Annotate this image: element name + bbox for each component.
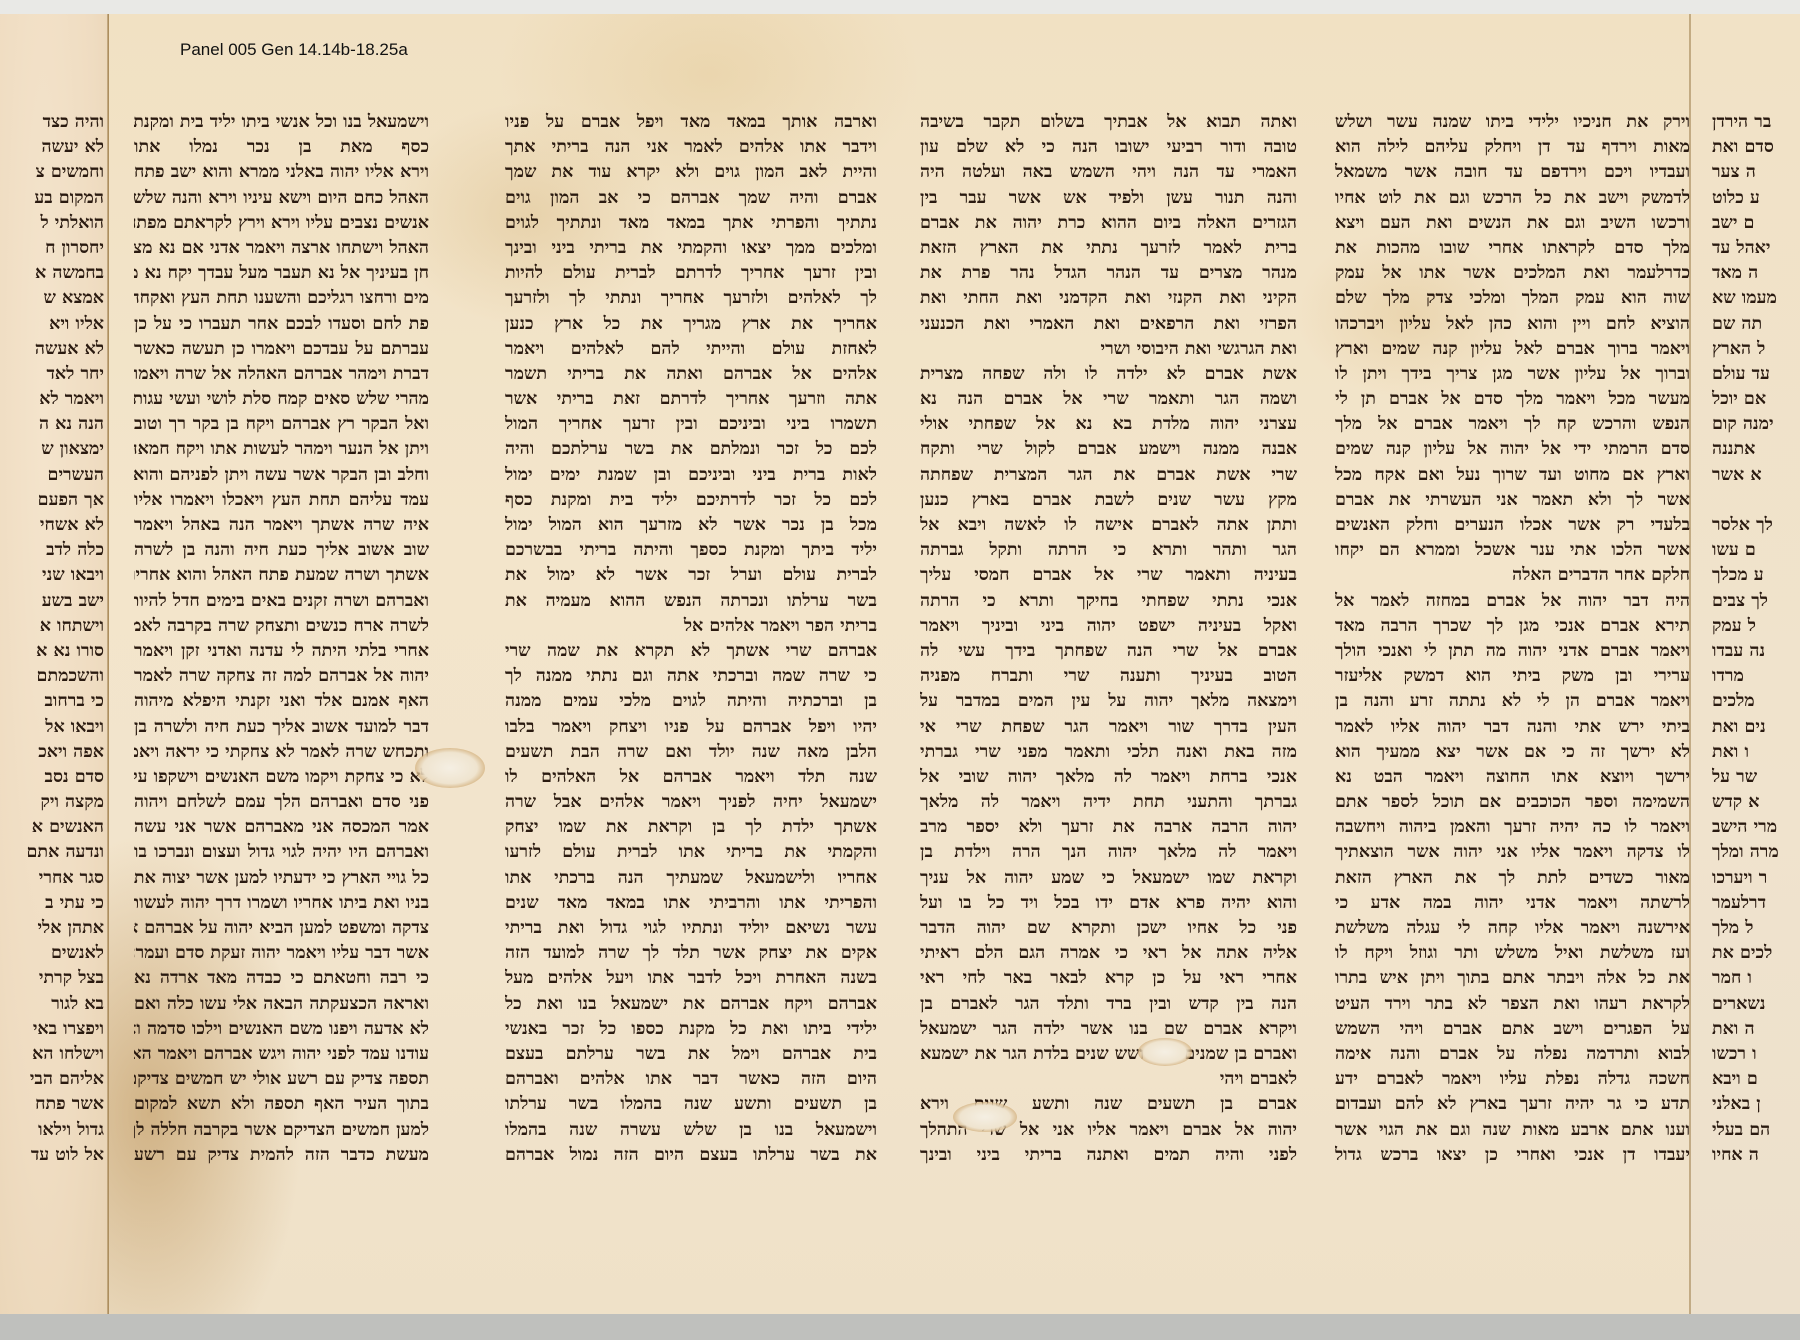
- scroll-line: וישמעאל בנו וכל אנשי ביתו יליד בית ומקנת: [134, 110, 429, 135]
- scroll-line: ישמעאל יחיה לפניך ויאמר אלהים אבל שרה: [505, 790, 877, 815]
- scroll-line: דרלעמר: [1712, 891, 1800, 916]
- scroll-line: אירשנה ויאמר אליו קחה לי עגלה משלשת: [1335, 916, 1690, 941]
- scroll-line: דברת וימהר אברהם האהלה אל שרה ויאמר: [134, 362, 429, 387]
- scroll-line: בר הירדן: [1712, 110, 1800, 135]
- scroll-line: ימצאון ש: [0, 437, 104, 462]
- scroll-line: יחר לאד: [0, 362, 104, 387]
- scroll-line: עודנו עמד לפני יהוה ויגש אברהם ויאמר האף: [134, 1042, 429, 1067]
- scroll-line: אתהן אלי: [0, 916, 104, 941]
- scroll-line: סדם ואת: [1712, 135, 1800, 160]
- scroll-line: ויאמר אברם אדני יהוה מה תתן לי ואנכי הול…: [1335, 639, 1690, 664]
- scroll-line: אתה וזרעך אחריך לדרתם זאת בריתי אשר: [505, 387, 877, 412]
- scroll-line: לא כי צחקת ויקמו משם האנשים וישקפו על: [134, 765, 429, 790]
- scroll-line: לא יעשה: [0, 135, 104, 160]
- scroll-line: בית אברהם וימל את בשר ערלתם בעצם: [505, 1042, 877, 1067]
- scroll-line: והוא יהיה פרא אדם ידו בכל ויד כל בו ועל: [920, 891, 1297, 916]
- scroll-line: איה שרה אשתך ויאמר הנה באהל ויאמר: [134, 513, 429, 538]
- scroll-line: ותתן אתה לאברם אישה לו לאשה ויבא אל: [920, 513, 1297, 538]
- scroll-line: ן באלני: [1712, 1092, 1800, 1117]
- scroll-line: האהל וישתחו ארצה ויאמר אדני אם נא מצאתי: [134, 236, 429, 261]
- scroll-line: סדם נסב: [0, 765, 104, 790]
- text-column-3: ואתה תבוא אל אבתיך בשלום תקבר בשיבהטובה …: [920, 110, 1297, 1168]
- scroll-line: לברית עולם וערל זכר אשר לא ימול את: [505, 563, 877, 588]
- scroll-line: ו חמר: [1712, 966, 1800, 991]
- scroll-line: ה אחיו: [1712, 1143, 1800, 1168]
- scroll-line: כדרלעמר ואת המלכים אשר אתו אל עמק: [1335, 261, 1690, 286]
- scroll-line: כל גויי הארץ כי ידעתיו למען אשר יצוה את: [134, 866, 429, 891]
- scroll-line: למען חמשים הצדיקם אשר בקרבה חללה לך: [134, 1118, 429, 1143]
- scroll-line: מקץ עשר שנים לשבת אברם בארץ כנען: [920, 488, 1297, 513]
- scroll-line: נשארים: [1712, 992, 1800, 1017]
- scroll-line: לקראת רעהו ואת הצפר לא בתר וירד העיט: [1335, 992, 1690, 1017]
- scroll-line: לך לאלהים ולזרעך אחריך ונתתי לך ולזרעך: [505, 286, 877, 311]
- scroll-line: נה עבדו: [1712, 639, 1800, 664]
- scroll-line: שנה תלד ויאמר אברהם אל האלהים לו: [505, 765, 877, 790]
- scroll-line: השמימה וספר הכוכבים אם תוכל לספר אתם: [1335, 790, 1690, 815]
- scroll-line: טובה ודור רביעי ישובו הנה כי לא שלם עון: [920, 135, 1297, 160]
- scroll-line: לו צדקה ויאמר אליו אני יהוה אשר הוצאתיך: [1335, 840, 1690, 865]
- scroll-line: ויקרא אברם שם בנו אשר ילדה הגר ישמעאל: [920, 1017, 1297, 1042]
- parchment-stain: [415, 748, 485, 788]
- scroll-line: אם יוכל: [1712, 387, 1800, 412]
- scroll-line: היה דבר יהוה אל אברם במחזה לאמר אל: [1335, 589, 1690, 614]
- scroll-line: לא אשחי: [0, 513, 104, 538]
- scroll-line: ל הארץ: [1712, 337, 1800, 362]
- scroll-line: את כל אלה ויבתר אתם בתוך ויתן איש בתרו: [1335, 966, 1690, 991]
- scroll-line: ואתה תבוא אל אבתיך בשלום תקבר בשיבה: [920, 110, 1297, 135]
- scroll-line: הגזרים האלה ביום ההוא כרת יהוה את אברם: [920, 211, 1297, 236]
- scroll-line: ואל הבקר רץ אברהם ויקח בן בקר רך וטוב: [134, 412, 429, 437]
- scroll-line: וירק את חניכיו ילידי ביתו שמנה עשר ושלש: [1335, 110, 1690, 135]
- scroll-line: ה מאד: [1712, 261, 1800, 286]
- scroll-line: הוציא לחם ויין והוא כהן לאל עליון ויברכה…: [1335, 312, 1690, 337]
- scroll-line: יהוה הרבה ארבה את זרעך ולא יספר מרב: [920, 815, 1297, 840]
- scroll-line: אלהים אל אברהם ואתה את בריתי תשמר: [505, 362, 877, 387]
- scroll-line: אברהם שרי אשתך לא תקרא את שמה שרי: [505, 639, 877, 664]
- scroll-line: אשר לך ולא תאמר אני העשרתי את אברם: [1335, 488, 1690, 513]
- scroll-line: מזה באת ואנה תלכי ותאמר מפני שרי גברתי: [920, 740, 1297, 765]
- scroll-line: עד עולם: [1712, 362, 1800, 387]
- scroll-line: עמד עליהם תחת העץ ויאכלו ויאמרו אליו: [134, 488, 429, 513]
- scroll-line: לא אעשה: [0, 337, 104, 362]
- scroll-line: יהיו ויפל אברהם על פניו ויצחק ויאמר בלבו: [505, 715, 877, 740]
- scroll-line: בשנה האחרת ויכל לדבר אתו ויעל אלהים מעל: [505, 966, 877, 991]
- scroll-line: ואברהם היו יהיה לגוי גדול ועצום ונברכו ב…: [134, 840, 429, 865]
- scroll-line: מרדו: [1712, 664, 1800, 689]
- scroll-line: לאברם ויהי: [920, 1067, 1297, 1092]
- scroll-line: האמרי עד הנה ויהי השמש באה ועלטה היה: [920, 160, 1297, 185]
- scroll-line: עשר נשיאם יוליד ונתתיו לגוי גדול ואת ברי…: [505, 916, 877, 941]
- scroll-line: סורו נא א: [0, 639, 104, 664]
- scroll-line: גדול וילאו: [0, 1118, 104, 1143]
- scroll-line: בן תשעים ותשע שנה בהמלו בשר ערלתו: [505, 1092, 877, 1117]
- scroll-line: חן בעיניך אל נא תעבר מעל עבדך יקח נא מעט: [134, 261, 429, 286]
- sheet-seam-left: [107, 14, 109, 1314]
- scroll-line: ואברם בן שמנים שנה ושש שנים בלדת הגר את …: [920, 1042, 1297, 1067]
- scroll-line: לאות ברית ביני וביניכם ובן שמנת ימים ימו…: [505, 463, 877, 488]
- scroll-line: מאור כשדים לתת לך את הארץ הזאת: [1335, 866, 1690, 891]
- scroll-line: בניו ואת ביתו אחריו ושמרו דרך יהוה לעשות: [134, 891, 429, 916]
- scroll-line: ועבדיו ויכם וירדפם עד חובה אשר משמאל: [1335, 160, 1690, 185]
- scroll-line: וישמעאל בנו בן שלש עשרה שנה בהמלו: [505, 1118, 877, 1143]
- scroll-line: א קדש: [1712, 790, 1800, 815]
- scroll-line: עצרני יהוה מלדת בא נא אל שפחתי אולי: [920, 412, 1297, 437]
- scroll-line: הנה נא ה: [0, 412, 104, 437]
- scroll-line: ויאמר ברוך אברם לאל עליון קנה שמים וארץ: [1335, 337, 1690, 362]
- scroll-line: והפריתי אתו והרביתי אתו במאד מאד שנים: [505, 891, 877, 916]
- scroll-line: הנפש והרכש קח לך ויאמר אברם אל מלך: [1335, 412, 1690, 437]
- scroll-line: ע מכלך: [1712, 563, 1800, 588]
- text-column-4: וירק את חניכיו ילידי ביתו שמנה עשר ושלשמ…: [1335, 110, 1690, 1168]
- scroll-line: וישתחו א: [0, 614, 104, 639]
- scroll-line: אברם והיה שמך אברהם כי אב המון גוים: [505, 186, 877, 211]
- scroll-line: סגר אחרי: [0, 866, 104, 891]
- scroll-line: א אשר: [1712, 463, 1800, 488]
- scroll-line: כי ברחוב: [0, 689, 104, 714]
- scroll-line: לא אדעה ויפנו משם האנשים וילכו סדמה ואבר…: [134, 1017, 429, 1042]
- scroll-line: הפרזי ואת הרפאים ואת האמרי ואת הכנעני: [920, 312, 1297, 337]
- scroll-line: ו ואת: [1712, 740, 1800, 765]
- scroll-line: אפה ויאכ: [0, 740, 104, 765]
- scroll-line: אנכי נתתי שפחתי בחיקך ותרא כי הרתה: [920, 589, 1297, 614]
- scroll-line: ויאמר לו כה יהיה זרעך והאמן ביהוה ויחשבה: [1335, 815, 1690, 840]
- scroll-line: אחריו ולישמעאל שמעתיך הנה ברכתי אתו: [505, 866, 877, 891]
- scroll-line: ל עמק: [1712, 614, 1800, 639]
- text-column-left-partial: והיה כצדלא יעשהוחמשים צהמקום בעהואלתי לי…: [0, 110, 104, 1168]
- scroll-line: עברתם על עבדכם ויאמרו כן תעשה כאשר: [134, 337, 429, 362]
- scroll-line: אליהם הבי: [0, 1067, 104, 1092]
- scroll-line: לאנשים: [0, 941, 104, 966]
- scroll-line: מרה ומלך: [1712, 840, 1800, 865]
- scroll-line: ויאמר לא: [0, 387, 104, 412]
- text-column-right-partial: בר הירדןסדם ואתה צערע כלוטם ישביאהל עדה …: [1712, 110, 1800, 1168]
- scroll-line: העשרים: [0, 463, 104, 488]
- scroll-line: ע כלוט: [1712, 186, 1800, 211]
- scroll-line: ר ויערכו: [1712, 866, 1800, 891]
- scroll-line: ויפצרו באי: [0, 1017, 104, 1042]
- scroll-line: נתתיך והפרתי אתך במאד מאד ונתתיך לגוים: [505, 211, 877, 236]
- scroll-line: ה צער: [1712, 160, 1800, 185]
- scroll-line: כי רבה וחטאתם כי כבדה מאד ארדה נא: [134, 966, 429, 991]
- scroll-line: אליו ויא: [0, 312, 104, 337]
- scroll-line: ם עשו: [1712, 538, 1800, 563]
- scroll-line: כלה לדב: [0, 538, 104, 563]
- scroll-line: הנה בין קדש ובין ברד ותלד הגר לאברם בן: [920, 992, 1297, 1017]
- scroll-line: לדמשק וישב את כל הרכש וגם את לוט אחיו: [1335, 186, 1690, 211]
- scroll-line: ואקל בעיניה ישפט יהוה ביני וביניך ויאמר: [920, 614, 1297, 639]
- scroll-line: האנשים א: [0, 815, 104, 840]
- scroll-line: ירשך ויוצא אתו החוצה ויאמר הבט נא: [1335, 765, 1690, 790]
- scroll-line: ערירי ובן משק ביתי הוא דמשק אליעזר: [1335, 664, 1690, 689]
- scroll-line: לשרה ארח כנשים ותצחק שרה בקרבה לאמר: [134, 614, 429, 639]
- scroll-line: ואברהם ושרה זקנים באים בימים חדל להיות: [134, 589, 429, 614]
- scroll-line: הלבן מאה שנה יולד ואם שרה הבת תשעים: [505, 740, 877, 765]
- panel-label: Panel 005 Gen 14.14b-18.25a: [180, 40, 408, 60]
- scroll-line: לרשתה ויאמר אדני יהוה במה אדע כי: [1335, 891, 1690, 916]
- scroll-line: אליה אתה אל ראי כי אמרה הגם הלם ראיתי: [920, 941, 1297, 966]
- scroll-line: ם ויבא: [1712, 1067, 1800, 1092]
- scroll-line: מים ורחצו רגליכם והשענו תחת העץ ואקחה: [134, 286, 429, 311]
- scroll-line: ל מלך: [1712, 916, 1800, 941]
- background-bottom: [0, 1314, 1800, 1340]
- scroll-line: לך אלסר: [1712, 513, 1800, 538]
- scroll-line: וברוך אל עליון אשר מגן צריך בידך ויתן לו: [1335, 362, 1690, 387]
- scroll-line: אבנה ממנה וישמע אברם לקול שרי ותקח: [920, 437, 1297, 462]
- scroll-line: חשכה גדלה נפלת עליו ויאמר לאברם ידע: [1335, 1067, 1690, 1092]
- scroll-line: ותכחש שרה לאמר לא צחקתי כי יראה ויאמר: [134, 740, 429, 765]
- scroll-line: יחסרון ח: [0, 236, 104, 261]
- scroll-line: פת לחם וסעדו לבכם אחר תעברו כי על כן: [134, 312, 429, 337]
- scroll-line: וירא אליו יהוה באלני ממרא והוא ישב פתח: [134, 160, 429, 185]
- scroll-line: את בשר ערלתו בעצם היום הזה נמול אברהם: [505, 1143, 877, 1168]
- scroll-line: נים ואת: [1712, 715, 1800, 740]
- scroll-line: סדם הרמתי ידי אל יהוה אל עליון קנה שמים: [1335, 437, 1690, 462]
- scroll-line: ויאמר לה מלאך יהוה הנך הרה וילדת בן: [920, 840, 1297, 865]
- scroll-line: ויתן אל הנער וימהר לעשות אתו ויקח חמאה: [134, 437, 429, 462]
- scroll-line: ושמה הגר ותאמר שרי אל אברם הנה נא: [920, 387, 1297, 412]
- scroll-line: שרי אשת אברם את הגר המצרית שפחתה: [920, 463, 1297, 488]
- scroll-line: [1712, 488, 1800, 513]
- scroll-line: ועז משלשת ואיל משלש ותר וגוזל ויקח לו: [1335, 941, 1690, 966]
- scroll-line: אחרי ראי על כן קרא לבאר באר לחי ראי: [920, 966, 1297, 991]
- scroll-line: מלכים: [1712, 689, 1800, 714]
- scroll-line: בעיניה ותאמר שרי אל אברם חמסי עליך: [920, 563, 1297, 588]
- scroll-line: ורכשו השיב וגם את הנשים ואת העם ויצא: [1335, 211, 1690, 236]
- scroll-line: אמצא ש: [0, 286, 104, 311]
- scroll-line: בריתי הפר ויאמר אלהים אל: [505, 614, 877, 639]
- scroll-line: תשמרו ביני וביניכם ובין זרעך אחריך המול: [505, 412, 877, 437]
- scroll-line: גברתך והתעני תחת ידיה ויאמר לה מלאך: [920, 790, 1297, 815]
- scroll-line: לאחזת עולם והייתי להם לאלהים ויאמר: [505, 337, 877, 362]
- scroll-line: יעבדו דן אנכי ואחרי כן יצאו ברכש גדול: [1335, 1143, 1690, 1168]
- scroll-line: חלקם אחר הדברים האלה: [1335, 563, 1690, 588]
- scroll-line: מעמו שא: [1712, 286, 1800, 311]
- scroll-line: ויאמר אברם הן לי לא נתתה זרע והנה בן: [1335, 689, 1690, 714]
- scroll-line: הואלתי ל: [0, 211, 104, 236]
- scroll-line: וארץ אם מחוט ועד שרוך נעל ואם אקח מכל: [1335, 463, 1690, 488]
- scroll-line: המקום בע: [0, 186, 104, 211]
- scroll-line: בן וברכתיה והיתה לגוים מלכי עמים ממנה: [505, 689, 877, 714]
- scroll-line: ובין זרעך אחריך לדרתם לברית עולם להיות: [505, 261, 877, 286]
- scroll-line: וחמשים צ: [0, 160, 104, 185]
- scroll-line: האהל כחם היום וישא עיניו וירא והנה שלשה: [134, 186, 429, 211]
- scroll-line: והשכמתם: [0, 664, 104, 689]
- scroll-line: על הפגרים וישב אתם אברם ויהי השמש: [1335, 1017, 1690, 1042]
- scroll-line: ויבאו אל: [0, 715, 104, 740]
- scroll-line: אשר פתח: [0, 1092, 104, 1117]
- scroll-line: יליד ביתך ומקנת כספך והיתה בריתי בבשרכם: [505, 538, 877, 563]
- scroll-line: בשר ערלתו ונכרתה הנפש ההוא מעמיה את: [505, 589, 877, 614]
- scroll-line: וקראת שמו ישמעאל כי שמע יהוה אל עניך: [920, 866, 1297, 891]
- scroll-line: לבוא ותרדמה נפלה על אברם והנה אימה: [1335, 1042, 1690, 1067]
- scroll-line: ילידי ביתו ואת כל מקנת כספו כל זכר באנשי: [505, 1017, 877, 1042]
- scroll-line: שר על: [1712, 765, 1800, 790]
- scroll-line: אשר דבר עליו ויאמר יהוה זעקת סדם ועמרה: [134, 941, 429, 966]
- scroll-line: והנה תנור עשן ולפיד אש אשר עבר בין: [920, 186, 1297, 211]
- scroll-line: וענו אתם ארבע מאות שנה וגם את הגוי אשר: [1335, 1118, 1690, 1143]
- scroll-line: ברית לאמר לזרעך נתתי את הארץ הזאת: [920, 236, 1297, 261]
- scroll-line: פני כל אחיו ישכן ותקרא שם יהוה הדבר: [920, 916, 1297, 941]
- scroll-line: הגר ותהר ותרא כי הרתה ותקל גברתה: [920, 538, 1297, 563]
- scroll-line: ומלכים ממך יצאו והקמתי את בריתי ביני ובי…: [505, 236, 877, 261]
- scroll-line: כי שרה שמה וברכתי אתה וגם נתתי ממנה לך: [505, 664, 877, 689]
- scroll-line: כי עתי ב: [0, 891, 104, 916]
- scroll-line: בחמשה א: [0, 261, 104, 286]
- scroll-line: וחלב ובן הבקר אשר עשה ויתן לפניהם והוא: [134, 463, 429, 488]
- scroll-line: מלך סדם לקראתו אחרי שובו מהכות את: [1335, 236, 1690, 261]
- scroll-line: אשתך ושרה שמעת פתח האהל והוא אחריו: [134, 563, 429, 588]
- scroll-line: והיית לאב המון גוים ולא יקרא עוד את שמך: [505, 160, 877, 185]
- scroll-line: הקיני ואת הקנזי ואת הקדמני ואת החתי ואת: [920, 286, 1297, 311]
- scroll-line: כסף מאת בן נכר נמלו אתו: [134, 135, 429, 160]
- scroll-line: צדקה ומשפט למען הביא יהוה על אברהם את: [134, 916, 429, 941]
- scroll-line: מרי הישב: [1712, 815, 1800, 840]
- scroll-line: לכם כל זכר לדרתיכם יליד בית ומקנת כסף: [505, 488, 877, 513]
- scroll-line: וישלחו הא: [0, 1042, 104, 1067]
- scroll-line: וידבר אתו אלהים לאמר אני הנה בריתי אתך: [505, 135, 877, 160]
- scroll-line: אברהם ויקח אברהם את ישמעאל בנו ואת כל: [505, 992, 877, 1017]
- scroll-line: אחריך את ארץ מגריך את כל ארץ כנען: [505, 312, 877, 337]
- scroll-line: יהוה אל אברהם למה זה צחקה שרה לאמר: [134, 664, 429, 689]
- scroll-line: לך צבים: [1712, 589, 1800, 614]
- scroll-line: שוה הוא עמק המלך ומלכי צדק מלך שלם: [1335, 286, 1690, 311]
- scroll-line: בא לגור: [0, 992, 104, 1017]
- scroll-line: ואראה הכצעקתה הבאה אלי עשו כלה ואם: [134, 992, 429, 1017]
- scroll-line: וארבה אותך במאד מאד ויפל אברם על פניו: [505, 110, 877, 135]
- scroll-line: אמר המכסה אני מאברהם אשר אני עשה: [134, 815, 429, 840]
- scroll-line: ונדעה אתם: [0, 840, 104, 865]
- scroll-line: תה שם: [1712, 312, 1800, 337]
- scroll-line: אך הפעם: [0, 488, 104, 513]
- scroll-line: אתננה: [1712, 437, 1800, 462]
- scroll-line: מנהר מצרים עד הנהר הגדל נהר פרת את: [920, 261, 1297, 286]
- text-column-2: וארבה אותך במאד מאד ויפל אברם על פניוויד…: [505, 110, 877, 1168]
- scroll-line: לכם כל זכר ונמלתם את בשר ערלתכם והיה: [505, 437, 877, 462]
- scroll-line: מכל בן נכר אשר לא מזרעך הוא המול ימול: [505, 513, 877, 538]
- scroll-line: אקים את יצחק אשר תלד לך שרה למועד הזה: [505, 941, 877, 966]
- scroll-line: אנכי ברחת ויאמר לה מלאך יהוה שובי אל: [920, 765, 1297, 790]
- scroll-line: תדע כי גר יהיה זרעך בארץ לא להם ועבדום: [1335, 1092, 1690, 1117]
- scroll-line: יאהל עד: [1712, 236, 1800, 261]
- scroll-line: מהרי שלש סאים קמח סלת לושי ועשי עגות: [134, 387, 429, 412]
- scroll-line: תספה צדיק עם רשע אולי יש חמשים צדיקם: [134, 1067, 429, 1092]
- scroll-line: דבר למועד אשוב אליך כעת חיה ולשרה בן: [134, 715, 429, 740]
- scroll-line: לא ירשך זה כי אם אשר יצא ממעיך הוא: [1335, 740, 1690, 765]
- scroll-line: אנשים נצבים עליו וירא וירץ לקראתם מפתח: [134, 211, 429, 236]
- scroll-line: והיה כצד: [0, 110, 104, 135]
- scroll-line: שוב אשוב אליך כעת חיה והנה בן לשרה: [134, 538, 429, 563]
- scroll-line: ואת הגרגשי ואת היבוסי ושרי: [920, 337, 1297, 362]
- scroll-line: היום הזה כאשר דבר אתו אלהים ואברהם: [505, 1067, 877, 1092]
- scroll-line: ישב בשע: [0, 589, 104, 614]
- scroll-line: בלעדי רק אשר אכלו הנערים וחלק האנשים: [1335, 513, 1690, 538]
- scroll-line: הם בעלי: [1712, 1118, 1800, 1143]
- scroll-line: והקמתי את בריתי אתו לברית עולם לזרעו: [505, 840, 877, 865]
- scroll-line: העין בדרך שור ויאמר הגר שפחת שרי אי: [920, 715, 1297, 740]
- scroll-line: מקצה ויק: [0, 790, 104, 815]
- scroll-line: ויבאו שני: [0, 563, 104, 588]
- scroll-line: אשת אברם לא ילדה לו ולה שפחה מצרית: [920, 362, 1297, 387]
- scroll-line: ו רכשו: [1712, 1042, 1800, 1067]
- scroll-line: אל לוט עד: [0, 1143, 104, 1168]
- scroll-line: ה ואת: [1712, 1017, 1800, 1042]
- scroll-line: תירא אברם אנכי מגן לך שכרך הרבה מאד: [1335, 614, 1690, 639]
- scroll-line: אברם אל שרי הנה שפחתך בידך עשי לה: [920, 639, 1297, 664]
- scroll-line: האף אמנם אלד ואני זקנתי היפלא מיהוה: [134, 689, 429, 714]
- scroll-line: בצל קרתי: [0, 966, 104, 991]
- scroll-line: מאות וירדף עד דן ויחלק עליהם לילה הוא: [1335, 135, 1690, 160]
- scroll-line: מעשת כדבר הזה להמית צדיק עם רשע: [134, 1143, 429, 1168]
- scroll-line: בתוך העיר האף תספה ולא תשא למקום: [134, 1092, 429, 1117]
- scroll-line: ביתי ירש אתי והנה דבר יהוה אליו לאמר: [1335, 715, 1690, 740]
- scroll-line: ימנה קום: [1712, 412, 1800, 437]
- scroll-line: ם ישב: [1712, 211, 1800, 236]
- scroll-line: וימצאה מלאך יהוה על עין המים במדבר על: [920, 689, 1297, 714]
- scroll-line: אשתך ילדת לך בן וקראת את שמו יצחק: [505, 815, 877, 840]
- scroll-line: פני סדם ואברהם הלך עמם לשלחם ויהוה: [134, 790, 429, 815]
- scroll-line: אחרי בלתי היתה לי עדנה ואדני זקן ויאמר: [134, 639, 429, 664]
- text-column-1: וישמעאל בנו וכל אנשי ביתו יליד בית ומקנת…: [134, 110, 429, 1168]
- scroll-line: הטוב בעיניך ותענה שרי ותברח מפניה: [920, 664, 1297, 689]
- scroll-line: לפני והיה תמים ואתנה בריתי ביני ובינך: [920, 1143, 1297, 1168]
- parchment-hole: [953, 1102, 1017, 1132]
- scroll-line: לכים את: [1712, 941, 1800, 966]
- scroll-line: מעשר מכל ויאמר מלך סדם אל אברם תן לי: [1335, 387, 1690, 412]
- scroll-line: אשר הלכו אתי ענר אשכל וממרא הם יקחו: [1335, 538, 1690, 563]
- parchment-hole: [1138, 1038, 1192, 1066]
